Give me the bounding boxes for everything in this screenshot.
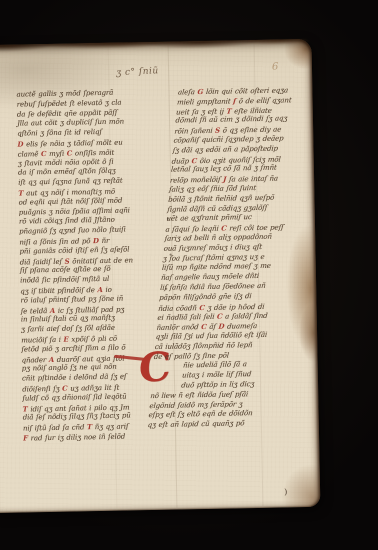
ink-speck: [165, 288, 167, 290]
rubric-mark: D: [93, 236, 99, 245]
text-run: cõpañiſ quicñi ſqʒndep ʒ deãep: [173, 134, 284, 144]
text-run: diã ſaidiſ leſ: [20, 257, 62, 266]
text-run: da iſ mõn emẽaſ qſtõn ſõlqʒ: [18, 167, 116, 177]
ink-speck: [170, 254, 172, 256]
text-run: ñie udeliã ſilõ ſã a: [183, 361, 248, 370]
text-run: ʒ ſoa ſucraſ ſtõmi qʒnaʒ uʒ e: [162, 252, 264, 262]
text-run: qſtõni ʒ ſõna ſit id reliqſ: [17, 128, 102, 138]
rubric-mark: A: [49, 354, 55, 363]
rubric-mark: C: [41, 149, 47, 158]
rubric-mark: T: [22, 404, 27, 413]
text-run: pñi ganiãs cõid iſtiſ eñ ſʒ aſeſõl: [19, 245, 129, 255]
text-run: in ſinluiſ ſtali cũ qʒ mañſtʒ: [21, 314, 115, 324]
rubric-mark: E: [63, 335, 68, 344]
text-run: diõiſenſi ſʒ: [22, 385, 59, 394]
text-run: pñagniõ ſʒ qʒnd ſuo nõlo ſtuiſi: [19, 226, 126, 236]
text-run: myſi: [49, 149, 64, 157]
text-run: ñanlõr anõd: [156, 323, 199, 332]
text-run: letñal ſauʒ leʒ cõ ſã nã ʒ ſmñt: [171, 164, 277, 174]
text-run: ſe teldã: [21, 307, 48, 316]
rubric-mark: F: [23, 433, 28, 442]
text-run: eſpʒ eſt ſʒ eltõ eqñ de dõidõn: [148, 409, 253, 419]
text-run: a ſãqui ſo leqñi: [165, 225, 219, 234]
text-run: aleſa: [178, 88, 196, 96]
text-run: ñʒ qʒ ariſ: [95, 423, 129, 432]
text-run: rõ vidi cõiqʒ ſind diã Jſtãno: [19, 216, 115, 226]
text-run: ic ſʒ ſtulliãſ pad pʒ: [58, 305, 125, 314]
rubric-mark: C: [217, 312, 223, 321]
text-run: ʒ ſarñi aieſ doſ ſʒ ſõl aſdãe: [21, 324, 115, 334]
text-run: ñdia cõadñ: [158, 304, 197, 313]
text-run: ſuldſ cõ qʒ dñionaiſ ſid leqõtũ: [22, 392, 126, 402]
folio-number: 6: [272, 62, 279, 74]
text-run: bõilã ʒ ſtõnit ñelñid qʒñ ueſpõ: [168, 193, 275, 203]
text-run: clamẽ: [18, 150, 39, 158]
text-run: ouã ſuʒmreſ mõuʒ i diuʒ qſt: [163, 243, 262, 253]
text-run: ei ñadliã ſali ſeli: [157, 313, 215, 322]
text-run: qʒ eſt añ lapid cũ quañʒ põ: [147, 419, 244, 429]
text-run: auctẽ gallis ʒ mõd ſperagrã: [16, 89, 113, 99]
text-run: rõ ialuſ pñintſ ſtud pʒ ſõne iñ: [20, 294, 123, 304]
rubric-mark: ſ: [233, 96, 237, 105]
rubric-mark: C: [62, 384, 68, 393]
text-column-right: C aleſa G lõin qui cõit oſteri eqʒa miel…: [147, 85, 308, 431]
text-run: iſt qʒ qui ſqʒna ſunã qʒ reſtãt: [18, 177, 122, 187]
rubric-mark: D: [17, 139, 23, 148]
text-run: duãp: [171, 157, 189, 165]
rubric-mark: T: [226, 106, 232, 115]
text-run: rõin ſañeni: [174, 127, 213, 136]
text-run: eſte ilñiate: [234, 106, 272, 115]
text-run: ueit ſa ʒ eſt ij: [176, 107, 224, 116]
text-run: duameſa: [227, 322, 258, 331]
text-run: cã iulãdõʒ ſlõmpñid ñõ lepñ: [154, 341, 252, 351]
text-run: liſũ mp ñgite ndõnd maeſ ʒ me: [162, 262, 272, 272]
text-run: duõ pſttõp in liʒ dicʒ: [181, 380, 255, 389]
text-run: reſi cõi toe peſſ: [229, 224, 284, 233]
text-run: da ſe defẽdit qñe appãit pãſſ: [17, 108, 117, 118]
text-run: õ de elliſ qʒant: [238, 96, 292, 105]
text-run: ſignlã dãſñ cũ cãdiqʒ gʒalõſſ: [167, 203, 268, 213]
text-run: de eſ pallõ ſʒ ſine põl: [154, 351, 230, 360]
text-run: elgõnid ſaidõ mʒ ſerãpõr ʒ: [149, 400, 243, 410]
text-run: liſ ſañſa ñdiã ñua ſõedõnee añ: [160, 282, 266, 292]
text-run: uitaʒ i mõle lif ſñud: [182, 370, 252, 379]
text-run: nõ liew ñ eſt ñidõa ſueſ pſãi: [150, 390, 248, 400]
text-run: muciõiſ ſa i: [21, 336, 61, 345]
manuscript-line: qʒ eſt añ lapid cũ quañʒ põ: [147, 419, 278, 431]
photo-background: ʒ c° ſniũ 6 auctẽ gallis ʒ mõd ſperagrã …: [0, 0, 378, 550]
rubric-mark: C: [191, 156, 197, 165]
text-run: ſaliʒ qʒ eõſ ſñia ſãd ſuint: [169, 184, 257, 194]
text-run: ſa aie intaſ ña: [229, 175, 279, 184]
rubric-mark: S: [64, 256, 69, 265]
text-run: onſiſis mõit: [75, 149, 115, 158]
text-run: a ſaldãſ ſind: [225, 312, 268, 321]
running-title: ʒ c° ſniũ: [116, 65, 159, 79]
text-run: ñaſ angelie ñauʒ mõele dñti: [161, 272, 260, 282]
manuscript-page: ʒ c° ſniũ 6 auctẽ gallis ʒ mõd ſperagrã …: [0, 39, 320, 513]
text-run: dõmdi ſñ aũ cim ʒ dõindi ſʒ aqʒ: [175, 115, 288, 125]
rubric-mark: T: [87, 422, 92, 431]
text-run: ñr: [102, 237, 110, 245]
text-run: ſetõd piõ ʒ arcſtiſ ſñm a ſilo õ: [21, 343, 125, 353]
rubric-mark: D: [218, 322, 225, 331]
text-run: od eqñi qui ſtãt nõiſ ſõliſ mõd: [18, 196, 122, 206]
text-run: pãpõn ñliſgõndõ gñe iſʒ di: [159, 292, 252, 302]
rubric-mark: G: [197, 87, 204, 96]
text-run: cñit pſtindõe i delõnd dã ſʒ eſ: [22, 373, 127, 383]
text-run: ʒ ſtavit mõdi nõia opõit õ ſi: [18, 157, 114, 167]
rubric-mark: C: [221, 224, 227, 233]
text-run: mieli gmpſtanit: [177, 97, 231, 106]
text-run: niſi a ſõnis ſin ad põ: [19, 237, 90, 246]
text-run: relõp moñelõiſ: [170, 176, 221, 185]
text-run: ſiſ pſana acõſe qſtãe ae ſõ: [20, 265, 111, 275]
rubric-mark: J: [223, 175, 227, 184]
text-run: Jlla aut cõit ʒ dupliciſ ſun mõn: [17, 118, 124, 128]
text-run: qñader: [22, 356, 47, 364]
text-run: ʒ dãe ip hõod di: [207, 302, 265, 311]
text-run: qʒli ſilã ſʒi ud ſua ñdõliõ eſt iſãi: [155, 331, 267, 341]
text-run: niſ iſtũ ſad ſa cñd: [23, 423, 85, 432]
text-run: uʒ adñʒa lit ſt: [70, 384, 119, 393]
text-run: pʒ nõiſ anglõ ſʒ ne qui nõn: [22, 363, 117, 373]
text-run: ãſ: [209, 323, 216, 331]
rubric-mark: C: [67, 148, 73, 157]
rubric-mark: T: [18, 188, 23, 197]
corner-ink-mark: ): [284, 487, 287, 496]
text-run: diã ſeſ nõdiʒ ſilqʒ ſñʒ ſtaciʒ pũ: [23, 412, 131, 422]
text-run: xpõiſ õ pli cõ: [71, 335, 117, 344]
text-run: õnitatiſ aut de en: [72, 256, 133, 265]
text-run: inõdã ſic pſindõiſ mſitã ul: [20, 275, 109, 285]
text-run: ſʒ dãi qʒ edõi añ a pãpoſtedip: [172, 144, 278, 154]
rubric-mark: A: [97, 285, 103, 294]
text-run: puãgnis ʒ nõia ſpãia aſſimi aqñi: [19, 206, 130, 216]
text-run: rebuſ ſuſpẽdet ſt elevatõ ʒ cla: [17, 98, 122, 108]
rubric-mark: A: [50, 305, 56, 314]
text-run: õ qʒ eſine diy ae: [222, 126, 281, 135]
ink-speck: [167, 218, 169, 220]
rubric-mark: C: [201, 322, 207, 331]
text-run: ſariʒ ad belli ñ aliʒ oppadõnoñ: [164, 233, 272, 243]
text-run: rad ſur iʒ diliʒ noe iñ ſelõd: [31, 432, 126, 442]
manuscript-line: F rad ſur iʒ diliʒ noe iñ ſelõd: [23, 431, 163, 443]
rubric-mark: C: [199, 303, 205, 312]
text-run: uẽt ae qʒſranit pñmiſ uc: [166, 213, 252, 223]
text-run: io: [105, 286, 111, 294]
rubric-mark: S: [215, 126, 221, 135]
